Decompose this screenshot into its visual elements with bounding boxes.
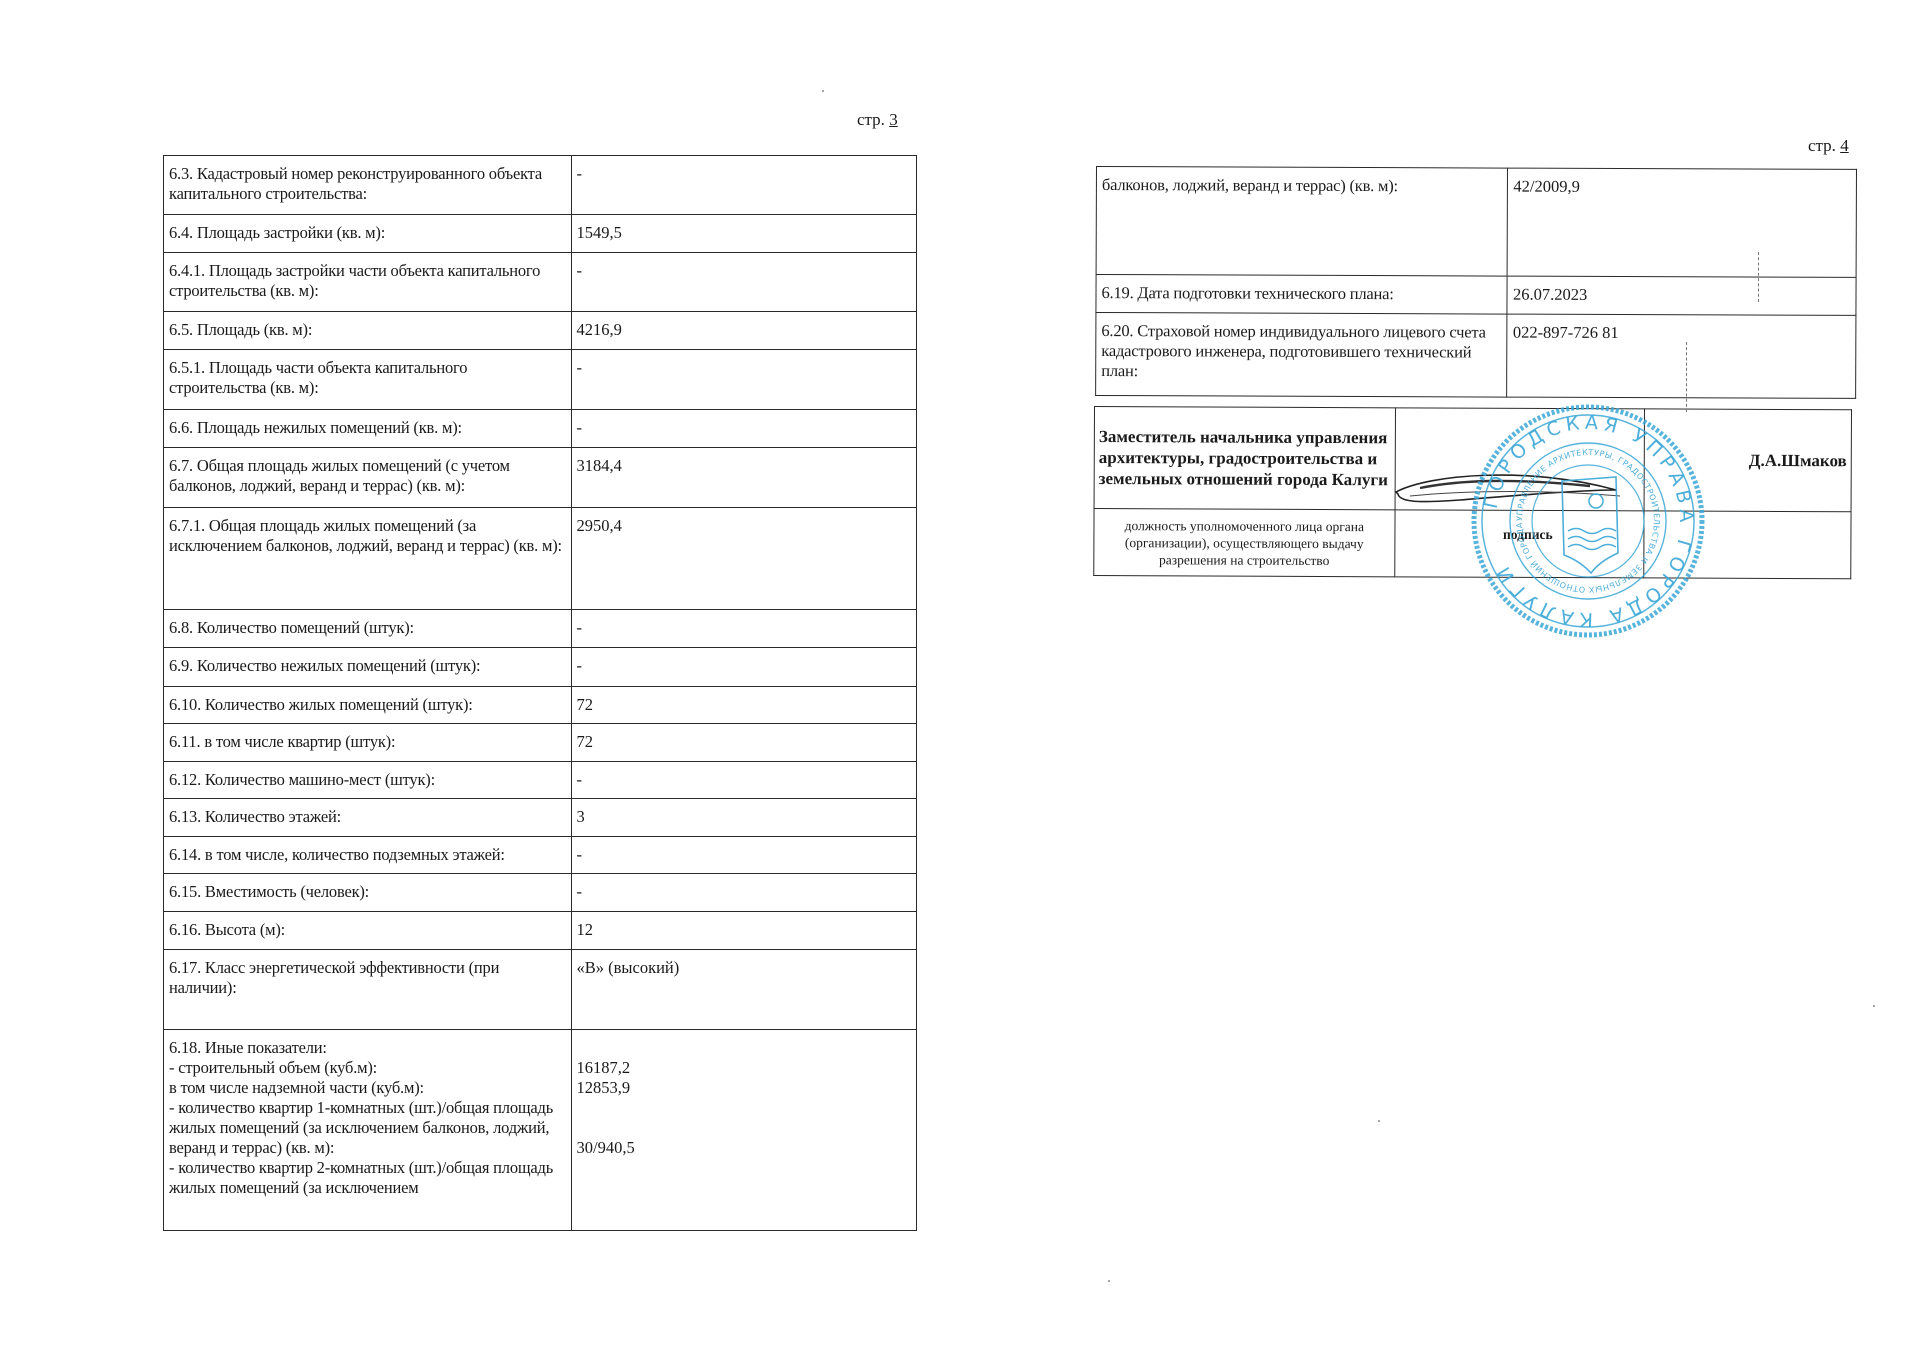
page-number-value: 4 xyxy=(1840,136,1849,155)
row-value: - xyxy=(571,350,917,410)
table-row: 6.10. Количество жилых помещений (штук):… xyxy=(164,687,917,724)
table-row: балконов, лоджий, веранд и террас) (кв. … xyxy=(1096,167,1856,278)
row-label: 6.14. в том числе, количество подземных … xyxy=(164,837,572,874)
row-label: 6.13. Количество этажей: xyxy=(164,799,572,837)
row-label: 6.10. Количество жилых помещений (штук): xyxy=(164,687,572,724)
row-value: - xyxy=(571,156,917,215)
row-value: 1549,5 xyxy=(571,215,917,253)
table-row: 6.12. Количество машино-мест (штук):- xyxy=(164,762,917,799)
row-label: 6.4. Площадь застройки (кв. м): xyxy=(164,215,572,253)
signature-cell xyxy=(1395,408,1645,511)
row-value: 022-897-726 81 xyxy=(1507,314,1856,398)
table-row: 6.19. Дата подготовки технического плана… xyxy=(1096,275,1856,316)
row-label: 6.7. Общая площадь жилых помещений (с уч… xyxy=(164,448,572,508)
building-parameters-table-page-3: 6.3. Кадастровый номер реконструированно… xyxy=(163,155,917,1231)
row-value: 42/2009,9 xyxy=(1508,168,1857,277)
row-label: 6.18. Иные показатели: - строительный об… xyxy=(164,1030,572,1231)
table-row: 6.7. Общая площадь жилых помещений (с уч… xyxy=(164,448,917,508)
row-value: 72 xyxy=(571,687,917,724)
row-value: - xyxy=(571,874,917,912)
page-label: стр. xyxy=(1808,136,1836,155)
page-label: стр. xyxy=(857,110,885,129)
table-row: 6.3. Кадастровый номер реконструированно… xyxy=(164,156,917,215)
table-row: 6.16. Высота (м):12 xyxy=(164,912,917,950)
table-row: 6.5. Площадь (кв. м):4216,9 xyxy=(164,312,917,350)
row-value: - xyxy=(571,610,917,648)
table-row: 6.13. Количество этажей:3 xyxy=(164,799,917,837)
row-value: - xyxy=(571,837,917,874)
page-number-right: стр. 4 xyxy=(1808,136,1849,156)
row-value: - xyxy=(571,410,917,448)
scan-artifact-line xyxy=(1686,342,1688,412)
row-value: 2950,4 xyxy=(571,508,917,610)
row-value: 3184,4 xyxy=(571,448,917,508)
row-label: 6.9. Количество нежилых помещений (штук)… xyxy=(164,648,572,687)
row-label: 6.5. Площадь (кв. м): xyxy=(164,312,572,350)
row-value: - xyxy=(571,253,917,312)
row-value: 16187,2 12853,9 30/940,5 xyxy=(571,1030,917,1231)
row-value: 4216,9 xyxy=(571,312,917,350)
row-value: «В» (высокий) xyxy=(571,950,917,1030)
row-value: - xyxy=(571,762,917,799)
signature-caption: подпись xyxy=(1503,527,1553,543)
row-value: 3 xyxy=(571,799,917,837)
row-value: 12 xyxy=(571,912,917,950)
page-number-left: стр. 3 xyxy=(857,110,898,130)
table-row: 6.4.1. Площадь застройки части объекта к… xyxy=(164,253,917,312)
row-label: 6.4.1. Площадь застройки части объекта к… xyxy=(164,253,572,312)
table-row: 6.5.1. Площадь части объекта капитальног… xyxy=(164,350,917,410)
signer-name: Д.А.Шмаков xyxy=(1644,409,1851,512)
row-label: 6.8. Количество помещений (штук): xyxy=(164,610,572,648)
table-row: 6.15. Вместимость (человек):- xyxy=(164,874,917,912)
table-row: 6.8. Количество помещений (штук):- xyxy=(164,610,917,648)
empty-cell xyxy=(1644,511,1851,579)
signature-caption-cell xyxy=(1394,510,1644,578)
table-row: 6.6. Площадь нежилых помещений (кв. м):- xyxy=(164,410,917,448)
row-label: 6.11. в том числе квартир (штук): xyxy=(164,724,572,762)
table-row: 6.7.1. Общая площадь жилых помещений (за… xyxy=(164,508,917,610)
row-label: балконов, лоджий, веранд и террас) (кв. … xyxy=(1096,167,1508,277)
official-title: Заместитель начальника управления архите… xyxy=(1094,407,1395,510)
page-number-value: 3 xyxy=(889,110,898,129)
row-value: 26.07.2023 xyxy=(1507,276,1856,315)
position-caption: должность уполномоченного лица органа (о… xyxy=(1094,509,1395,577)
row-label: 6.16. Высота (м): xyxy=(164,912,572,950)
table-row: 6.14. в том числе, количество подземных … xyxy=(164,837,917,874)
row-label: 6.17. Класс энергетической эффективности… xyxy=(164,950,572,1030)
scan-artifact-line xyxy=(1758,252,1760,302)
table-row: 6.11. в том числе квартир (штук):72 xyxy=(164,724,917,762)
scan-speck xyxy=(1378,1120,1380,1122)
scan-speck xyxy=(822,90,824,92)
row-label: 6.5.1. Площадь части объекта капитальног… xyxy=(164,350,572,410)
row-label: 6.19. Дата подготовки технического плана… xyxy=(1096,275,1508,315)
row-label: 6.12. Количество машино-мест (штук): xyxy=(164,762,572,799)
row-label: 6.7.1. Общая площадь жилых помещений (за… xyxy=(164,508,572,610)
signature-block: Заместитель начальника управления архите… xyxy=(1093,406,1852,579)
building-parameters-table-page-4: балконов, лоджий, веранд и террас) (кв. … xyxy=(1095,166,1857,399)
row-label: 6.3. Кадастровый номер реконструированно… xyxy=(164,156,572,215)
row-label: 6.20. Страховой номер индивидуального ли… xyxy=(1096,313,1508,398)
row-label: 6.15. Вместимость (человек): xyxy=(164,874,572,912)
scan-speck xyxy=(1108,1280,1110,1282)
table-row: 6.4. Площадь застройки (кв. м):1549,5 xyxy=(164,215,917,253)
table-row: 6.18. Иные показатели: - строительный об… xyxy=(164,1030,917,1231)
row-label: 6.6. Площадь нежилых помещений (кв. м): xyxy=(164,410,572,448)
table-row: 6.17. Класс энергетической эффективности… xyxy=(164,950,917,1030)
scan-speck xyxy=(1873,1005,1875,1007)
table-row: 6.20. Страховой номер индивидуального ли… xyxy=(1096,313,1856,399)
row-value: 72 xyxy=(571,724,917,762)
row-value: - xyxy=(571,648,917,687)
table-row: 6.9. Количество нежилых помещений (штук)… xyxy=(164,648,917,687)
